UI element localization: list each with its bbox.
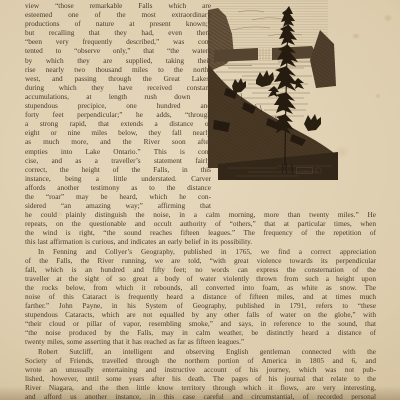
text-line: Robert Sutcliff, an intelligent and obse… [25,347,376,356]
text-line: accumulations, at length rush down a [25,92,211,101]
text-line: Society of Friends, travelled through th… [25,356,376,365]
text-line: lished, however, until some years after … [25,374,376,383]
text-line: view “those remarkable Falls which are [25,1,211,10]
full-text: he could plainly distinguish the noise, … [25,210,376,400]
text-line: eight or nine miles below, they fall nea… [25,128,211,137]
text-line: instance, being a little understated. Ca… [25,174,211,183]
text-line: during which they have received constant [25,83,211,92]
text-line: by which they are supplied, taking their [25,56,211,65]
text-line: this last affirmation is curious, and in… [25,237,376,246]
text-line: as much more, and the River soon after [25,137,211,146]
text-line: correct, the height of the Falls, in thi… [25,165,211,174]
text-line: wrote an unusually entertaining and inst… [25,365,376,374]
text-line: esteemed one of the most extraordinary [25,10,211,19]
text-line: he could plainly distinguish the noise, … [25,210,376,219]
text-line: a strong rapid, that extends a distance … [25,119,211,128]
text-line: repeats, on the questionable and occult … [25,219,376,228]
text-line: farther.” John Payne, in his System of G… [25,301,376,310]
text-line: “their cloud or pillar of vapor, resembl… [25,319,376,328]
text-line: noise of this Cataract is frequently hea… [25,292,376,301]
column-text: view “those remarkable Falls which arees… [25,1,376,210]
text-line: the wind is right, “the sound reaches fi… [25,228,376,237]
text-line: affords another testimony as to the dist… [25,183,211,192]
text-line: forty feet perpendicular;” he adds, “thr… [25,110,211,119]
text-line: of the Falls, the River running, we are … [25,256,376,265]
text-line: rise nearly two thousand miles to the no… [25,65,211,74]
text-line: but recalling that they had, even then, [25,28,211,37]
text-line: River Niagara, and the then little know … [25,383,376,392]
text-line: tented to “observe only,” that “the wate… [25,46,211,55]
text-line: empties into Lake Ontario.” This is con- [25,147,211,156]
text-line: sidered “an amazing way;” affirming that [25,201,211,210]
text-line: “been very frequently described,” was co… [25,37,211,46]
text-line: In Fenning and Collyer’s Geography, publ… [25,247,376,256]
text-line: traveller at the sight of so great a bod… [25,274,376,283]
text-line: and afford us another instance, in this … [25,392,376,400]
text-line: cise, and as a traveller’s statement fai… [25,156,211,165]
book-page: LXXXI view “those remarkable Falls which… [0,0,400,400]
text-line: twenty miles, some asserting that it has… [25,337,376,346]
text-line: fall, which is an hundred and fifty feet… [25,265,376,274]
text-line: productions of nature at present known;” [25,19,211,28]
text-line: the rocks below, from which it rebounds,… [25,283,376,292]
text-block: view “those remarkable Falls which arees… [25,1,376,400]
text-line: stupendous precipice, one hundred and [25,101,211,110]
text-line: the “roar” may be heard, which he con- [25,192,211,201]
text-line: “the noise produced by the Falls, may in… [25,328,376,337]
text-line: west, and passing through the Great Lake… [25,74,211,83]
text-line: stupendous Cataracts, which are not equa… [25,310,376,319]
